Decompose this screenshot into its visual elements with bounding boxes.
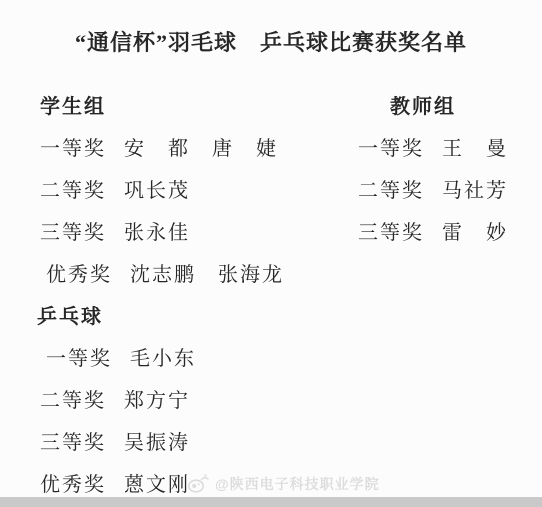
winner-names: 吴振涛 [124, 426, 190, 455]
winner-names: 郑方宁 [124, 384, 190, 413]
award-row: 一等奖 安 都 唐 婕 [40, 125, 284, 167]
award-rank-label: 一等奖 [40, 132, 106, 161]
student-group-header: 学生组 [40, 90, 106, 119]
winner-names: 毛小东 [130, 342, 196, 371]
winner-names: 安 都 唐 婕 [124, 132, 278, 161]
table-tennis-header-row: 乒乓球 [40, 293, 284, 335]
bottom-bar [0, 497, 542, 507]
teacher-group-header: 教师组 [390, 90, 456, 119]
award-rank-label: 三等奖 [40, 426, 106, 455]
award-rank-label: 一等奖 [358, 132, 424, 161]
winner-names: 蒽文刚 [124, 468, 190, 497]
award-row: 优秀奖 沈志鹏 张海龙 [40, 251, 284, 293]
winner-names: 王 曼 [442, 132, 508, 161]
winner-names: 马社芳 [442, 174, 508, 203]
award-row: 二等奖 马社芳 [358, 167, 508, 209]
award-row: 一等奖 毛小东 [40, 335, 284, 377]
award-row: 三等奖 张永佳 [40, 209, 284, 251]
watermark: @陕西电子科技职业学院 [186, 473, 380, 494]
watermark-text: @陕西电子科技职业学院 [215, 474, 380, 494]
teacher-group-header-row: 教师组 [358, 83, 508, 125]
award-document: “通信杯”羽毛球 乒乓球比赛获奖名单 学生组 一等奖 安 都 唐 婕 二等奖 巩… [0, 0, 542, 507]
award-rank-label: 优秀奖 [40, 468, 106, 497]
award-rank-label: 二等奖 [358, 174, 424, 203]
award-row: 二等奖 郑方宁 [40, 377, 284, 419]
award-rank-label: 三等奖 [358, 216, 424, 245]
winner-names: 巩长茂 [124, 174, 190, 203]
student-group-column: 学生组 一等奖 安 都 唐 婕 二等奖 巩长茂 三等奖 张永佳 优秀奖 沈志鹏 … [40, 83, 284, 503]
award-row: 三等奖 吴振涛 [40, 419, 284, 461]
winner-names: 张永佳 [124, 216, 190, 245]
winner-names: 雷 妙 [442, 216, 508, 245]
winner-names: 沈志鹏 张海龙 [130, 258, 284, 287]
award-row: 三等奖 雷 妙 [358, 209, 508, 251]
award-row: 二等奖 巩长茂 [40, 167, 284, 209]
award-rank-label: 二等奖 [40, 384, 106, 413]
award-rank-label: 优秀奖 [46, 258, 112, 287]
award-rank-label: 三等奖 [40, 216, 106, 245]
document-title: “通信杯”羽毛球 乒乓球比赛获奖名单 [0, 31, 542, 55]
teacher-group-column: 教师组 一等奖 王 曼 二等奖 马社芳 三等奖 雷 妙 [358, 83, 508, 251]
weibo-icon [186, 473, 210, 494]
award-row: 一等奖 王 曼 [358, 125, 508, 167]
award-rank-label: 二等奖 [40, 174, 106, 203]
award-rank-label: 一等奖 [46, 342, 112, 371]
table-tennis-header: 乒乓球 [37, 300, 103, 329]
student-group-header-row: 学生组 [40, 83, 284, 125]
